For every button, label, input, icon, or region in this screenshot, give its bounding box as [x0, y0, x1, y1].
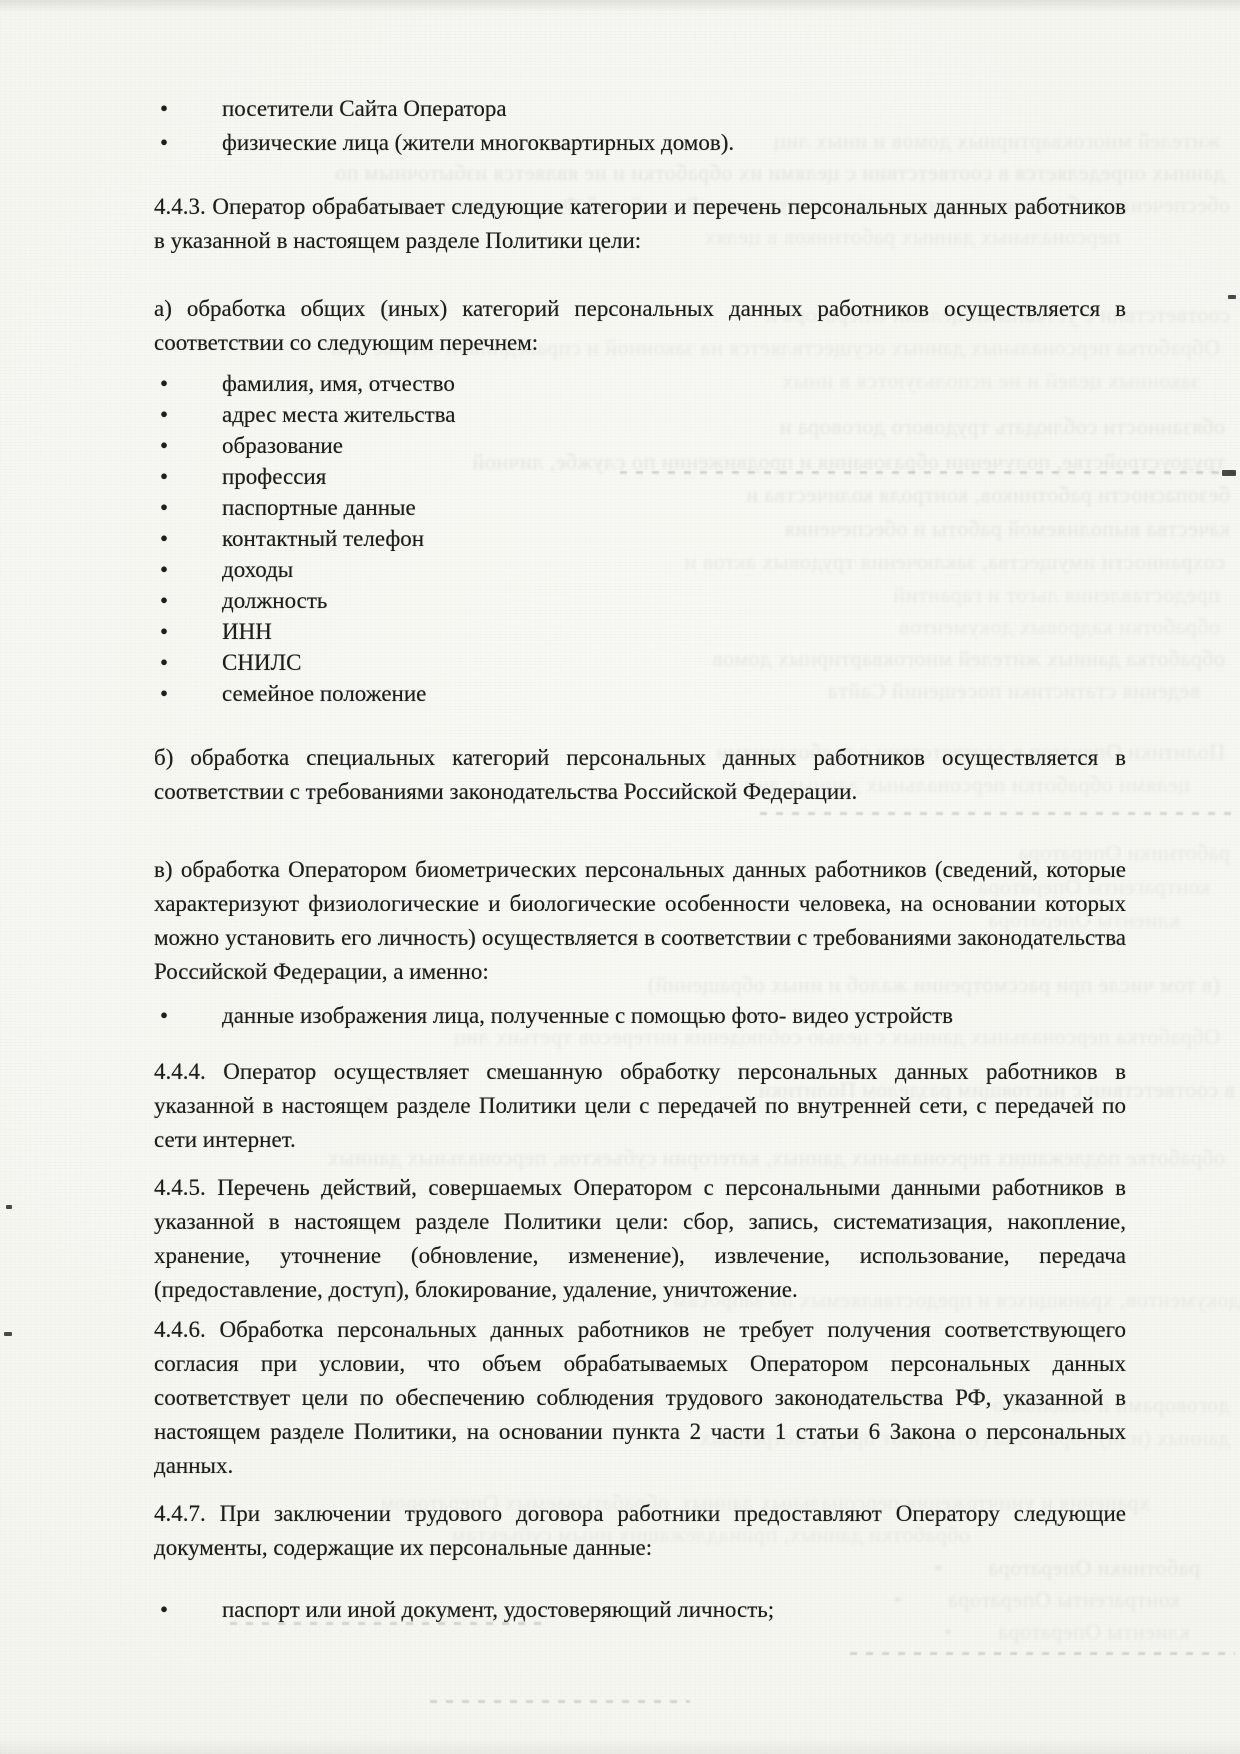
scan-edge-shadow-bottom — [0, 1738, 1240, 1754]
bullet-item-text: паспорт или иной документ, удостоверяющи… — [222, 1597, 774, 1622]
bullet-item: •фамилия, имя, отчество — [154, 368, 1126, 399]
bullet-dot-icon: • — [160, 647, 168, 678]
bullet-dot-icon: • — [160, 399, 168, 430]
paragraph: 4.4.5. Перечень действий, совершаемых Оп… — [154, 1171, 1126, 1307]
bullet-item-text: должность — [222, 588, 327, 613]
bullet-item-text: ИНН — [222, 619, 272, 644]
bullet-dot-icon: • — [160, 126, 168, 160]
scanned-document-page: жителей многоквартирных домов и иных лиц… — [0, 0, 1240, 1754]
scan-speck-artifact — [4, 1332, 12, 1336]
bullet-item: •образование — [154, 430, 1126, 461]
bullet-item-text: контактный телефон — [222, 526, 424, 551]
bullet-item: •посетители Сайта Оператора — [154, 92, 1126, 126]
scan-speck-artifact — [1222, 470, 1236, 476]
bullet-item-text: семейное положение — [222, 681, 426, 706]
paragraph: 4.4.3. Оператор обрабатывает следующие к… — [154, 190, 1126, 258]
bullet-item: •доходы — [154, 554, 1126, 585]
bullet-list: •данные изображения лица, полученные с п… — [154, 999, 1126, 1033]
bullet-item-text: СНИЛС — [222, 650, 302, 675]
paragraph: а) обработка общих (иных) категорий перс… — [154, 292, 1126, 360]
bullet-item-text: данные изображения лица, полученные с по… — [222, 1003, 953, 1028]
bullet-item: •физические лица (жители многоквартирных… — [154, 126, 1126, 160]
bullet-dot-icon: • — [160, 1593, 168, 1627]
paragraph: 4.4.4. Оператор осуществляет смешанную о… — [154, 1055, 1126, 1157]
bullet-item-text: паспортные данные — [222, 495, 416, 520]
bullet-dot-icon: • — [160, 554, 168, 585]
paragraph: б) обработка специальных категорий персо… — [154, 741, 1126, 809]
document-content: •посетители Сайта Оператора•физические л… — [154, 92, 1126, 1627]
bullet-list: •посетители Сайта Оператора•физические л… — [154, 92, 1126, 160]
bullet-dot-icon: • — [160, 585, 168, 616]
bullet-dot-icon: • — [160, 999, 168, 1033]
bullet-item-text: доходы — [222, 557, 293, 582]
bullet-item: •паспортные данные — [154, 492, 1126, 523]
bullet-item-text: образование — [222, 433, 343, 458]
bullet-dot-icon: • — [160, 430, 168, 461]
bullet-dot-icon: • — [160, 523, 168, 554]
bullet-dot-icon: • — [160, 368, 168, 399]
paragraph: 4.4.6. Обработка персональных данных раб… — [154, 1313, 1126, 1483]
bullet-item: •данные изображения лица, полученные с п… — [154, 999, 1126, 1033]
bullet-item: •профессия — [154, 461, 1126, 492]
bullet-item-text: фамилия, имя, отчество — [222, 371, 455, 396]
bullet-item: •семейное положение — [154, 678, 1126, 709]
bullet-list: •паспорт или иной документ, удостоверяющ… — [154, 1593, 1126, 1627]
scan-streak-artifact — [850, 1652, 1235, 1655]
bullet-item: •адрес места жительства — [154, 399, 1126, 430]
scan-edge-shadow-top — [0, 0, 1240, 12]
bullet-dot-icon: • — [160, 461, 168, 492]
bullet-list: •фамилия, имя, отчество•адрес места жите… — [154, 368, 1126, 709]
bullet-item: •контактный телефон — [154, 523, 1126, 554]
bullet-dot-icon: • — [160, 616, 168, 647]
bullet-item-text: физические лица (жители многоквартирных … — [222, 130, 734, 155]
bullet-item: •ИНН — [154, 616, 1126, 647]
paragraph: 4.4.7. При заключении трудового договора… — [154, 1497, 1126, 1565]
bullet-item-text: адрес места жительства — [222, 402, 455, 427]
bullet-dot-icon: • — [160, 492, 168, 523]
bullet-item: •паспорт или иной документ, удостоверяющ… — [154, 1593, 1126, 1627]
bullet-item-text: профессия — [222, 464, 326, 489]
scan-streak-artifact — [430, 1700, 690, 1703]
paragraph: в) обработка Оператором биометрических п… — [154, 853, 1126, 989]
scan-speck-artifact — [6, 1205, 12, 1209]
bullet-item: •СНИЛС — [154, 647, 1126, 678]
bullet-item-text: посетители Сайта Оператора — [222, 96, 507, 121]
bullet-item: •должность — [154, 585, 1126, 616]
scan-speck-artifact — [1228, 295, 1236, 299]
bullet-dot-icon: • — [160, 92, 168, 126]
bullet-dot-icon: • — [160, 678, 168, 709]
